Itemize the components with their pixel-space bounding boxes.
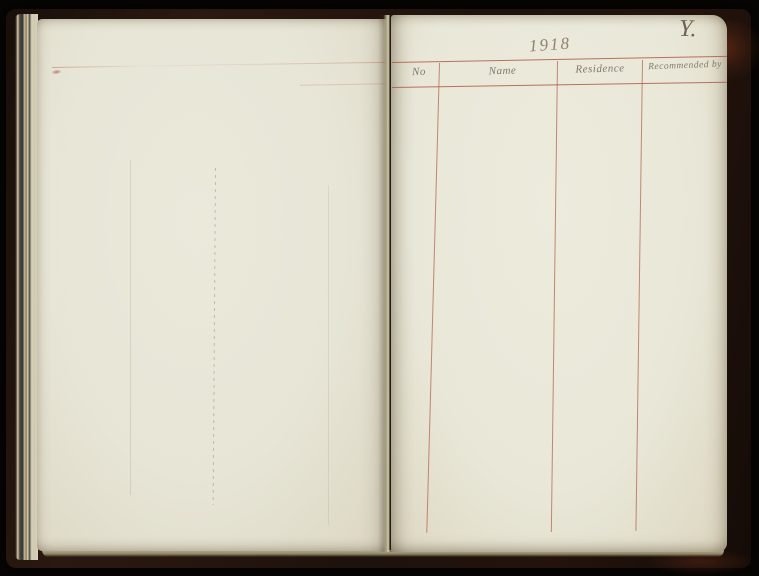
column-header-residence: Residence <box>560 62 640 76</box>
right-page <box>391 15 727 552</box>
left-page-ghost-column-line-3 <box>328 185 329 525</box>
index-letter-heading: Y. <box>666 15 711 44</box>
left-page-fore-edges <box>15 14 38 560</box>
left-page-ghost-column-line-1 <box>130 160 131 495</box>
photo-background: 1918 Y. No Name Residence Recommended by <box>0 0 759 576</box>
column-header-no: No <box>397 65 441 78</box>
